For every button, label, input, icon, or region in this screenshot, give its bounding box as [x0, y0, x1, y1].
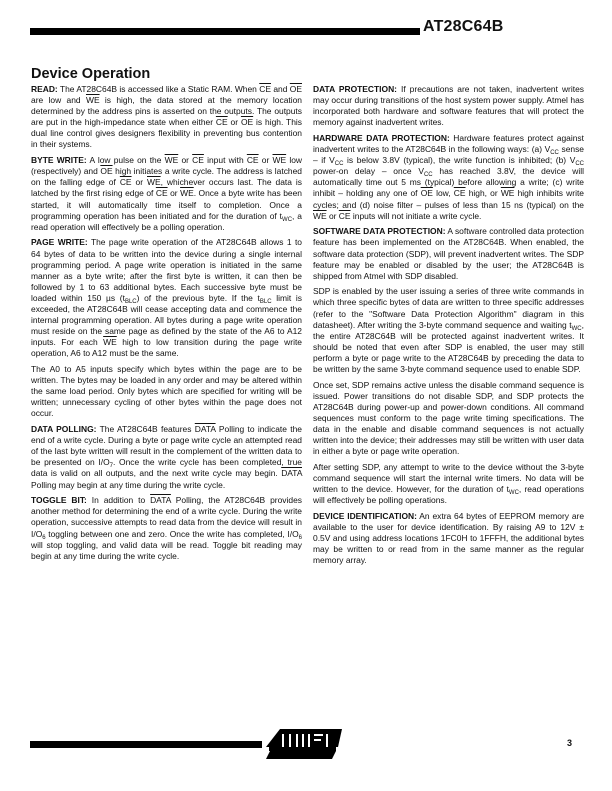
- data-protection-heading: DATA PROTECTION:: [313, 84, 397, 94]
- footer-rule: [30, 741, 262, 748]
- after-setting-sdp-paragraph: After setting SDP, any attempt to write …: [313, 462, 584, 506]
- sdp-once-set-paragraph: Once set, SDP remains active unless the …: [313, 380, 584, 458]
- device-identification-heading: DEVICE IDENTIFICATION:: [313, 511, 417, 521]
- document-title: AT28C64B: [423, 18, 503, 36]
- page-write-heading: PAGE WRITE:: [31, 237, 88, 247]
- section-title: Device Operation: [31, 66, 150, 82]
- byte-write-heading: BYTE WRITE:: [31, 155, 87, 165]
- toggle-bit-paragraph: TOGGLE BIT: In addition to DATA Polling,…: [31, 495, 302, 562]
- data-polling-heading: DATA POLLING:: [31, 424, 96, 434]
- software-data-protection-paragraph: SOFTWARE DATA PROTECTION: A software con…: [313, 226, 584, 281]
- atmel-logo-icon: [266, 729, 342, 759]
- byte-write-paragraph: BYTE WRITE: A low pulse on the WE or CE …: [31, 155, 302, 233]
- header-rule: [30, 28, 420, 35]
- page-number: 3: [567, 738, 572, 748]
- read-heading: READ:: [31, 84, 58, 94]
- a0-a5-paragraph: The A0 to A5 inputs specify which bytes …: [31, 364, 302, 419]
- hardware-data-protection-heading: HARDWARE DATA PROTECTION:: [313, 133, 450, 143]
- hardware-data-protection-paragraph: HARDWARE DATA PROTECTION: Hardware featu…: [313, 133, 584, 222]
- software-data-protection-heading: SOFTWARE DATA PROTECTION:: [313, 226, 446, 236]
- left-column: READ: The AT28C64B is accessed like a St…: [31, 84, 302, 566]
- right-column: DATA PROTECTION: If precautions are not …: [313, 84, 584, 571]
- toggle-bit-heading: TOGGLE BIT:: [31, 495, 87, 505]
- data-polling-paragraph: DATA POLLING: The AT28C64B features DATA…: [31, 424, 302, 491]
- data-protection-paragraph: DATA PROTECTION: If precautions are not …: [313, 84, 584, 128]
- page-write-paragraph: PAGE WRITE: The page write operation of …: [31, 237, 302, 359]
- device-identification-paragraph: DEVICE IDENTIFICATION: An extra 64 bytes…: [313, 511, 584, 566]
- read-paragraph: READ: The AT28C64B is accessed like a St…: [31, 84, 302, 151]
- sdp-enabled-paragraph: SDP is enabled by the user issuing a ser…: [313, 286, 584, 375]
